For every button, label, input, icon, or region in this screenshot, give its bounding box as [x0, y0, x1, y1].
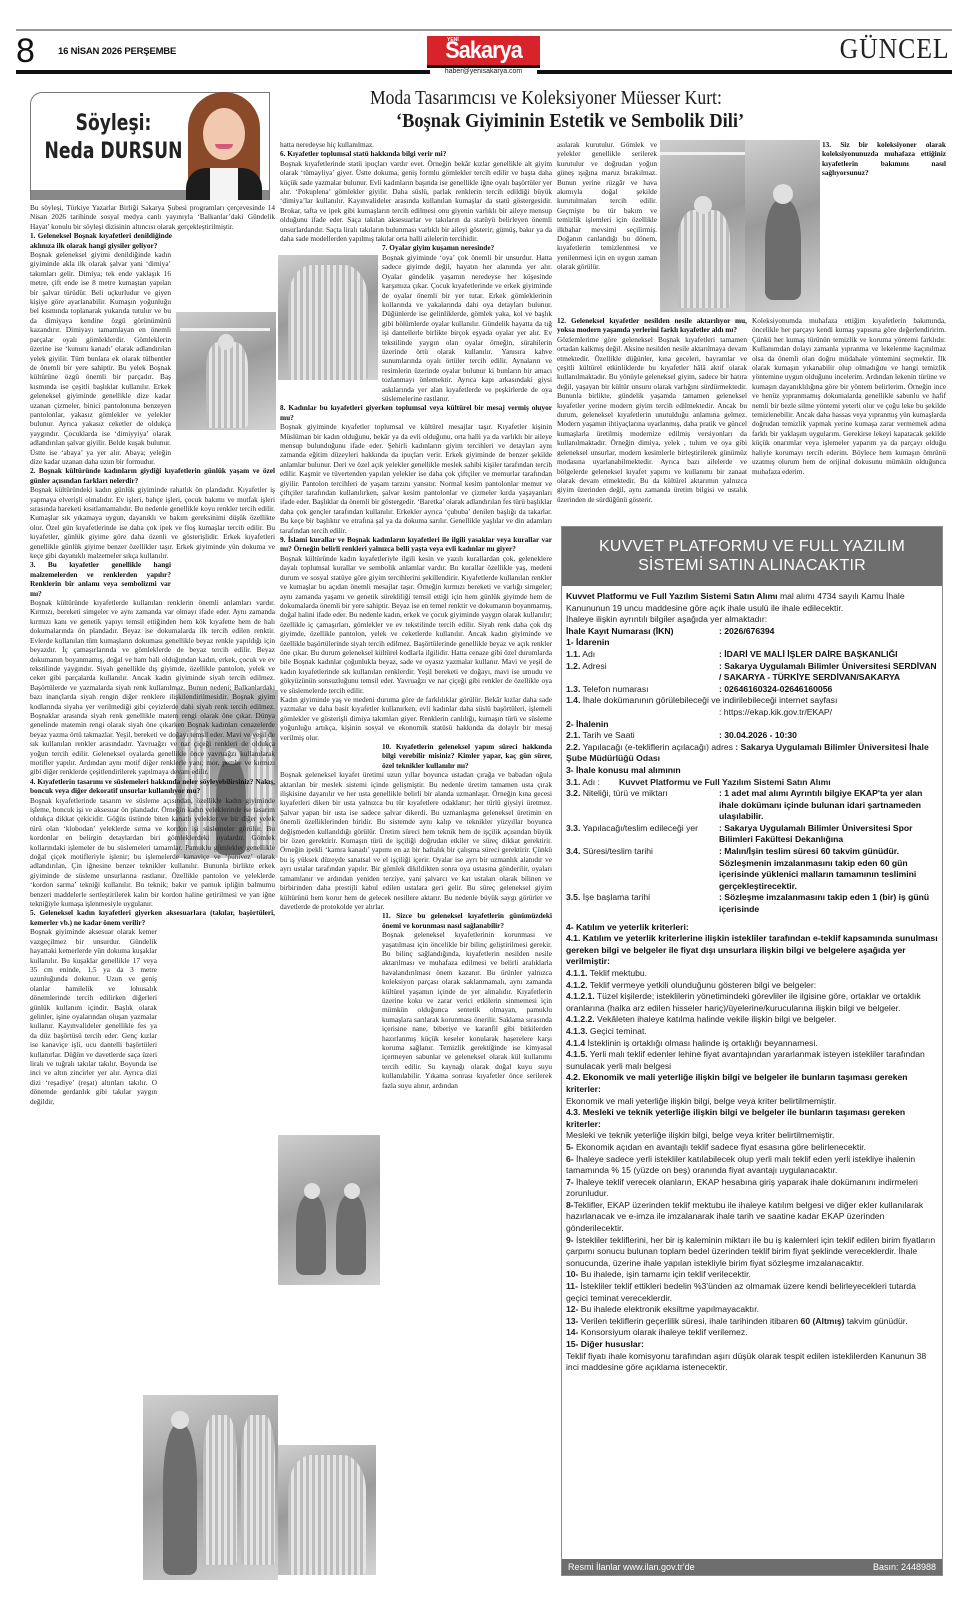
section-4-3-text: Mesleki ve teknik yeterliğe ilişkin bilg…	[566, 1130, 938, 1142]
ekap-link[interactable]: : https://ekap.kik.gov.tr/EKAP/	[719, 707, 938, 719]
answer-4: Boşnak kıyafetlerinde tasarım ve süsleme…	[30, 796, 275, 909]
article-column-3-left: asılarak kurutulur. Gömlek ve yelekler g…	[557, 140, 657, 320]
question-13: 13. Siz bir koleksiyoner olarak koleksiy…	[822, 140, 946, 178]
start-date: : Sözleşme imzalanmasını takip eden 1 (b…	[719, 892, 938, 915]
ad-header: KUVVET PLATFORMU VE FULL YAZILIM SİSTEMİ…	[562, 527, 942, 586]
section-1-title: 1- İdarenin	[566, 637, 938, 649]
question-2: 2. Boşnak kültüründe kadınların giydiği …	[30, 466, 275, 485]
question-6: 6. Kıyafetler toplumsal statü hakkında b…	[280, 149, 552, 158]
admin-address: : Sakarya Uygulamalı Bilimler Üniversite…	[719, 661, 938, 684]
section-4-2-title: 4.2. Ekonomik ve mali yeterliğe ilişkin …	[566, 1072, 938, 1095]
answer-6: Boşnak kıyafetlerinde statü ipuçları var…	[280, 159, 552, 244]
question-7: 7. Oyalar giyim kuşamın neresinde?	[280, 243, 552, 252]
question-12: 12. Geleneksel kıyafetler nesilden nesil…	[557, 316, 747, 335]
section-3-title: 3- İhale konusu mal alımının	[566, 765, 938, 777]
question-4: 4. Kıyafetlerin tasarımı ve süslemeleri …	[30, 777, 275, 796]
question-10: 10. Kıyafetlerin geleneksel yapım süreci…	[280, 742, 552, 770]
tender-datetime: : 30.04.2026 - 10:30	[719, 730, 938, 742]
section-title: GÜNCEL	[840, 34, 950, 66]
answer-3: Boşnak kültüründe kıyafetlerde kullanıla…	[30, 598, 275, 777]
tender-ad: KUVVET PLATFORMU VE FULL YAZILIM SİSTEMİ…	[561, 526, 943, 1576]
admin-phone: : 02646160324-02646160056	[719, 684, 938, 696]
article-column-2: hatta neredeyse hiç kullanılmaz. 6. Kıya…	[280, 140, 552, 1585]
contact-email[interactable]: haber@yenisakarya.com	[430, 68, 537, 75]
delivery-place: : Sakarya Uygulamalı Bilimler Üniversite…	[719, 823, 938, 846]
article-photo-10	[745, 140, 820, 312]
section-2-title: 2- İhalenin	[566, 719, 938, 731]
answer-11-cont: asılarak kurutulur. Gömlek ve yelekler g…	[557, 140, 657, 272]
ikn-label: İhale Kayıt Numarası (İKN)	[566, 626, 719, 638]
logo-main-text: Sakarya	[445, 37, 522, 65]
section-4-1: 4.1. Katılım ve yeterlik kriterlerine il…	[566, 933, 938, 968]
article-intro: Bu söyleşi, Türkiye Yazarlar Birliği Sak…	[30, 203, 275, 231]
section-4-3-title: 4.3. Mesleki ve teknik yeterliğe ilişkin…	[566, 1107, 938, 1130]
ad-intro2: İhaleye ilişkin ayrıntılı bilgiler aşağı…	[566, 614, 938, 626]
question-11: 11. Sizce bu geleneksel kıyafetlerin gün…	[280, 911, 552, 930]
article-photo-9	[660, 140, 755, 312]
article-column-4: 13. Siz bir koleksiyoner olarak koleksiy…	[822, 140, 946, 320]
headline-kicker: Moda Tasarımcısı ve Koleksiyoner Müesser…	[370, 87, 722, 110]
section-4-2-text: Ekonomik ve mali yeterliğe ilişkin bilgi…	[566, 1096, 938, 1108]
issue-date: 16 NİSAN 2026 PERŞEMBE	[58, 46, 176, 57]
answer-5-cont: hatta neredeyse hiç kullanılmaz.	[280, 140, 552, 149]
interviewer-name: Neda DURSUN	[41, 139, 185, 165]
interviewer-portrait	[178, 88, 270, 200]
admin-name: : İDARİ VE MALİ İŞLER DAİRE BAŞKANLIĞI	[719, 649, 938, 661]
top-rule	[16, 29, 952, 31]
ad-intro-bold: Kuvvet Platformu ve Full Yazılım Sistemi…	[566, 591, 778, 601]
answer-9-cont: Kadın giyiminde yaş ve medeni duruma gör…	[280, 695, 552, 742]
answer-12: Gözlemlerime göre geleneksel Boşnak kıya…	[557, 335, 747, 504]
answer-8: Boşnak giyiminde kıyafetler toplumsal ve…	[280, 422, 552, 535]
question-3: 3. Bu kıyafetler genellikle hangi malzem…	[30, 560, 275, 598]
item-15-text: Teklif fiyatı ihale komisyonu tarafından…	[566, 1351, 938, 1374]
question-1: 1. Geleneksel Boşnak kıyafetleri denildi…	[30, 231, 172, 250]
answer-10: Boşnak geleneksel kıyafet üretimi uzun y…	[280, 770, 552, 911]
ad-body: Kuvvet Platformu ve Full Yazılım Sistemi…	[566, 591, 938, 1374]
section-4-title: 4- Katılım ve yeterlik kriterleri:	[566, 922, 938, 934]
delivery-duration: : Malın/İşin teslim süresi 60 takvim gün…	[719, 846, 938, 892]
answer-1: Boşnak geleneksel giyimi denildiğinde ka…	[30, 250, 275, 466]
answer-2: Boşnak kültüründeki kadın günlük giyimin…	[30, 485, 275, 560]
answer-5: Boşnak giyiminde aksesuar olarak kemer v…	[30, 927, 275, 1106]
ad-footer-press-id: Basın: 2448988	[873, 1559, 936, 1575]
article-column-3: 12. Geleneksel kıyafetler nesilden nesil…	[557, 316, 747, 516]
newspaper-logo[interactable]: YENİ Sakarya	[427, 36, 540, 68]
ad-footer: Resmi İlanlar www.ilan.gov.tr'de Basın: …	[562, 1559, 942, 1575]
answer-13: Koleksiyonumda muhafaza ettiğim kıyafetl…	[752, 316, 946, 476]
ad-title-line2: SİSTEMİ SATIN ALINACAKTIR	[562, 556, 942, 575]
ad-footer-source[interactable]: Resmi İlanlar www.ilan.gov.tr'de	[568, 1559, 695, 1575]
article-column-4-bottom: Koleksiyonumda muhafaza ettiğim kıyafetl…	[752, 316, 946, 516]
purchase-quantity: : 1 adet mal alımı Ayrıntılı bilgiye EKA…	[719, 788, 938, 823]
answer-9: Boşnak kültüründe kadın kıyafetleriyle i…	[280, 554, 552, 695]
answer-7: Boşnak giyiminde ‘oya’ çok önemli bir un…	[280, 253, 552, 404]
article-column-1: Bu söyleşi, Türkiye Yazarlar Birliği Sak…	[30, 203, 275, 1598]
question-8: 8. Kadınlar bu kıyafetleri giyerken topl…	[280, 403, 552, 422]
item-15-title: 15- Diğer hususlar:	[566, 1339, 938, 1351]
headline-title: ‘Boşnak Giyiminin Estetik ve Sembolik Di…	[396, 110, 744, 133]
page-number: 8	[16, 31, 35, 71]
question-9: 9. İslami kurallar ve Boşnak kadınların …	[280, 535, 552, 554]
purchase-name: Kuvvet Platformu ve Full Yazılım Sistemi…	[619, 777, 831, 787]
interview-label: Söyleşi:	[49, 111, 178, 137]
question-5: 5. Geleneksel kadın kıyafetleri giyerken…	[30, 908, 275, 927]
answer-11: Boşnak geleneksel kıyafetlerinin korunma…	[280, 930, 552, 1090]
ad-title-line1: KUVVET PLATFORMU VE FULL YAZILIM	[562, 537, 942, 556]
ikn-value: : 2026/676394	[719, 626, 938, 638]
